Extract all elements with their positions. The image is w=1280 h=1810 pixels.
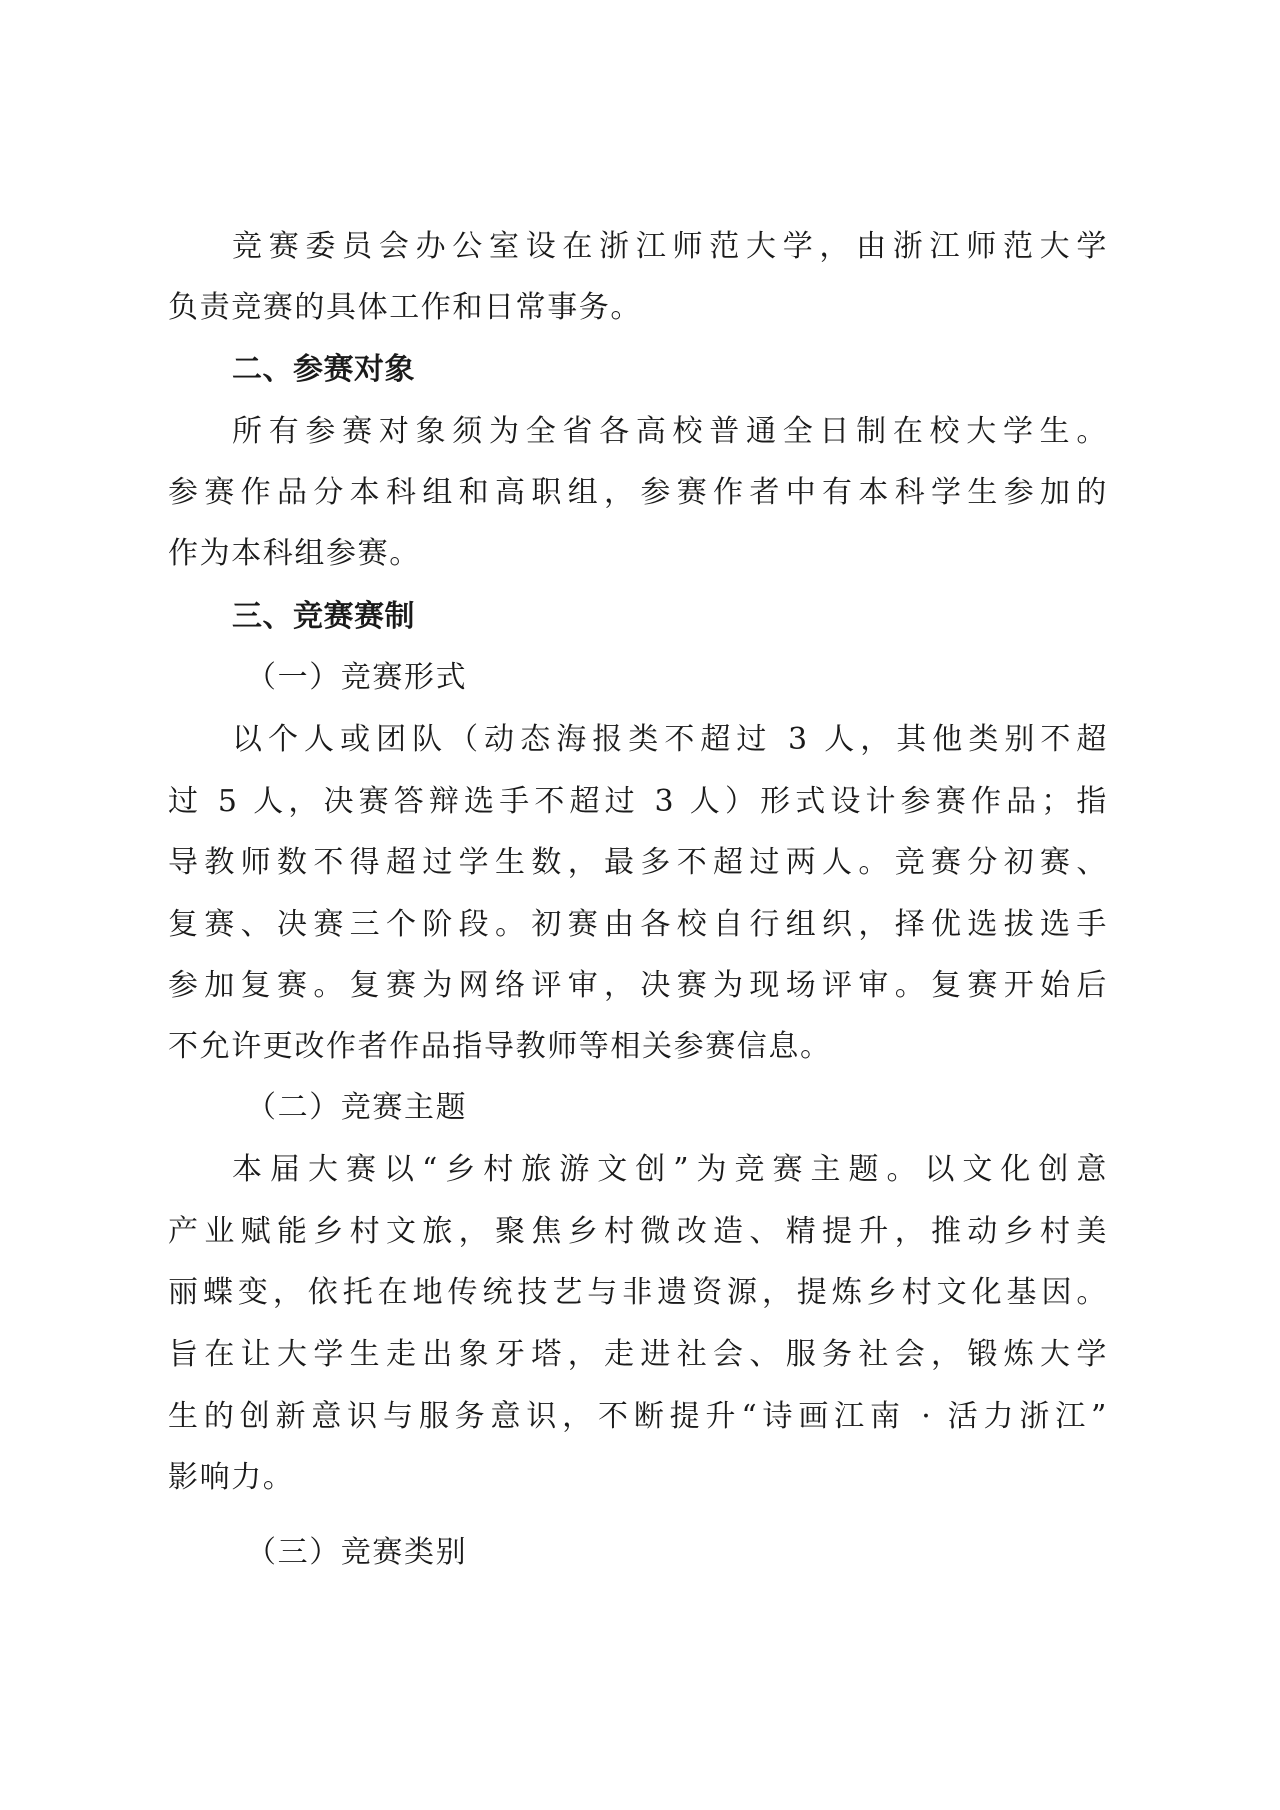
section-heading-participants: 二、参赛对象 — [232, 350, 1172, 390]
document-page: 竞赛委员会办公室设在浙江师范大学，由浙江师范大学 负责竞赛的具体工作和日常事务。… — [0, 0, 1280, 1810]
paragraph-line: 过 5 人，决赛答辩选手不超过 3 人）形式设计参赛作品；指 — [168, 782, 1108, 822]
subsection-heading-theme: （二）竞赛主题 — [246, 1088, 1186, 1128]
paragraph-line: 影响力。 — [168, 1458, 1108, 1498]
paragraph-line: 作为本科组参赛。 — [168, 534, 1108, 574]
paragraph-line: 产业赋能乡村文旅，聚焦乡村微改造、精提升，推动乡村美 — [168, 1212, 1108, 1252]
subsection-heading-categories: （三）竞赛类别 — [246, 1533, 1186, 1573]
paragraph-line: 丽蝶变，依托在地传统技艺与非遗资源，提炼乡村文化基因。 — [168, 1273, 1108, 1313]
section-heading-format: 三、竞赛赛制 — [232, 597, 1172, 637]
paragraph-line: 负责竞赛的具体工作和日常事务。 — [168, 288, 1108, 328]
paragraph-line: 本届大赛以“乡村旅游文创”为竞赛主题。以文化创意 — [232, 1150, 1108, 1190]
paragraph-line: 参加复赛。复赛为网络评审，决赛为现场评审。复赛开始后 — [168, 966, 1108, 1006]
paragraph-line: 生的创新意识与服务意识，不断提升“诗画江南 · 活力浙江” — [168, 1397, 1108, 1437]
subsection-heading-form: （一）竞赛形式 — [246, 658, 1186, 698]
paragraph-line: 不允许更改作者作品指导教师等相关参赛信息。 — [168, 1027, 1108, 1067]
paragraph-line: 导教师数不得超过学生数，最多不超过两人。竞赛分初赛、 — [168, 843, 1108, 883]
paragraph-line: 竞赛委员会办公室设在浙江师范大学，由浙江师范大学 — [232, 227, 1108, 267]
paragraph-line: 所有参赛对象须为全省各高校普通全日制在校大学生。 — [232, 412, 1108, 452]
paragraph-line: 旨在让大学生走出象牙塔，走进社会、服务社会，锻炼大学 — [168, 1335, 1108, 1375]
paragraph-line: 参赛作品分本科组和高职组，参赛作者中有本科学生参加的 — [168, 473, 1108, 513]
paragraph-line: 以个人或团队（动态海报类不超过 3 人，其他类别不超 — [232, 720, 1108, 760]
paragraph-line: 复赛、决赛三个阶段。初赛由各校自行组织，择优选拔选手 — [168, 905, 1108, 945]
